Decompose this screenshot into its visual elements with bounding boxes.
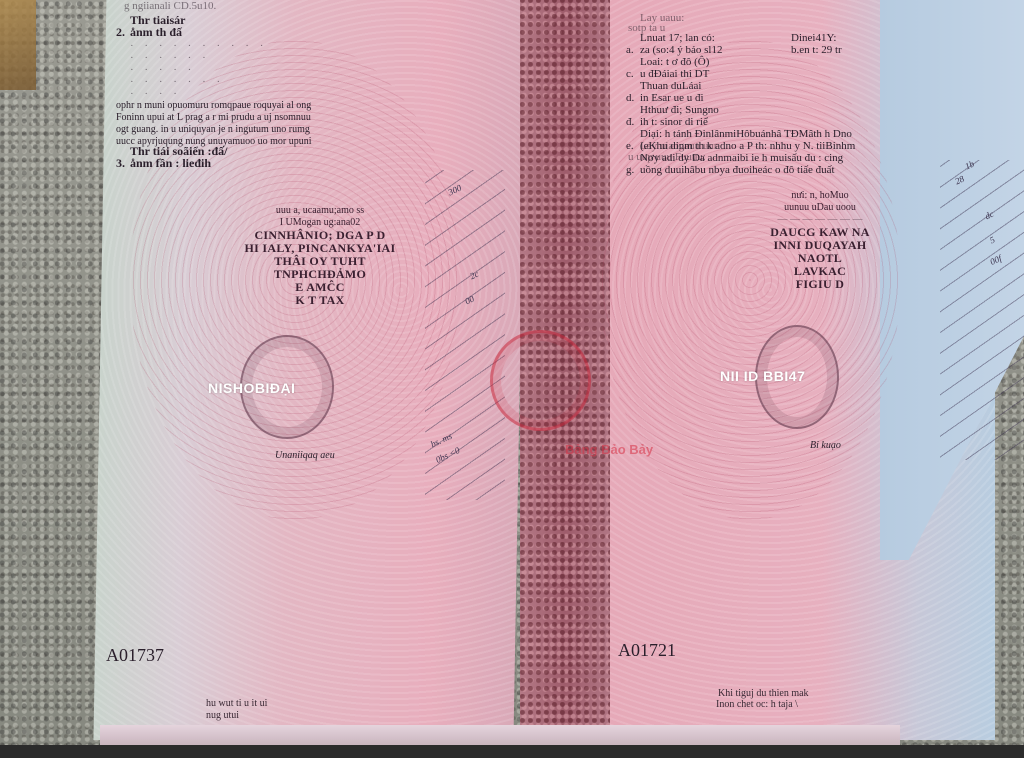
left-signature-caption: Unaniiqaq aeu [275,450,335,462]
body-line: ophr n muni opuomuru romqpaue roquyai al… [116,100,312,112]
red-stamp [490,330,591,431]
section-2-body: ophr n muni opuomuru romqpaue roquyai al… [116,100,312,148]
left-footer-line: hu wut ti u it ui [206,698,267,710]
right-signature-caption: Bi kuạo [810,440,841,452]
authority-small-line: uunuu uDau uoou [750,202,890,214]
left-authority-block: uuu a, ucaamu;amo ss I UMogan ug:ana02 C… [240,205,400,307]
authority-heading: K T TAX [240,294,400,307]
left-seal-watermark: NISHOBIĐẠI [208,380,295,396]
left-land-map [425,170,505,500]
right-authority-block: nưi: n, hoMuo uunuu uDau uoou — — — — — … [750,190,890,291]
right-land-map [940,160,1024,460]
left-serial-number: A01737 [106,645,164,666]
field-row: đ. ih t: sinor di riể [626,116,871,128]
field-right-value: b.en t: 29 tr [791,44,842,56]
field-row: a. za (so:4 ý bảo sl12 b.en t: 29 tr [626,44,871,56]
right-footer-line: Inon chet oc: h taja \ [716,699,798,711]
right-seal-watermark: NII ID BBI47 [720,368,805,384]
field-label: a. [626,44,634,56]
field-label: c. [626,68,634,80]
right-footer-header: u uup uuu Fuuuu: [628,151,706,163]
body-line: Foninn upui at L prag a r mi prudu a uj … [116,112,312,124]
wood-corner [0,0,36,90]
blurred-line: · · · · [130,88,181,100]
blurred-line: · · · · · [130,64,195,76]
field-value: ih t: sinor di riể [640,116,708,128]
field-row: d. in Esar ue u đi [626,92,871,104]
field-row: g. uồng duuihâbu nbya đuoiheác o đô tiấe… [626,164,871,176]
section-2-title: ånm th đấ [130,26,182,38]
field-value: in Esar ue u đi [640,92,704,104]
blurred-line: · · · · · · · · · · [130,40,267,52]
field-row: Hthuư đi; Sungno [626,104,871,116]
right-serial-number: A01721 [618,640,676,661]
section-3-number: 3. [116,157,125,169]
field-value: Thuan duLáai [640,80,701,92]
field-value: u đĐáiai thi DT [640,68,709,80]
blurred-line: · · · · · · · [130,76,224,88]
field-label: d. [626,92,634,104]
body-line: ogt guang. in u uniquyan je n ingutum un… [116,124,312,136]
field-label: đ. [626,116,634,128]
spine-stamp-text: Bảng Bảo Bảy [565,442,653,457]
field-value: uồng duuihâbu nbya đuoiheác o đô tiấe đu… [640,164,835,176]
field-value: Loai: t ơ đô (Ô) [640,56,709,68]
bottom-shadow [0,745,1024,758]
field-row: Lnuat 17; lan có: Dinei41Y: [626,32,871,44]
field-value: za (so:4 ý bảo sl12 [640,44,722,56]
left-header-line: g ngiianali CD.5u10. [124,0,216,12]
section-2-number: 2. [116,26,125,38]
field-value: Lnuat 17; lan có: [640,32,715,44]
field-label: g. [626,164,634,176]
page-bottom-edge [100,725,900,745]
authority-small-line: uuu a, ucaamu;amo ss [240,205,400,217]
section-3-title: ånm fần : lieđih [130,157,211,169]
authority-small-line: nưi: n, hoMuo [750,190,890,202]
authority-heading: FIGIU D [750,278,890,291]
field-row: c. u đĐáiai thi DT [626,68,871,80]
left-footer-line: nug utui [206,710,239,722]
field-row: Loai: t ơ đô (Ô) [626,56,871,68]
field-row: Diại: h tánh ĐinlânmiHôbuánhâ TĐMâth h D… [626,128,871,140]
field-value: Hthuư đi; Sungno [640,104,719,116]
field-right-value: Dinei41Y: [791,32,836,44]
field-value: Diại: h tánh ĐinlânmiHôbuánhâ TĐMâth h D… [640,128,852,140]
field-row: Thuan duLáai [626,80,871,92]
blurred-line: · · · · · · [130,52,210,64]
